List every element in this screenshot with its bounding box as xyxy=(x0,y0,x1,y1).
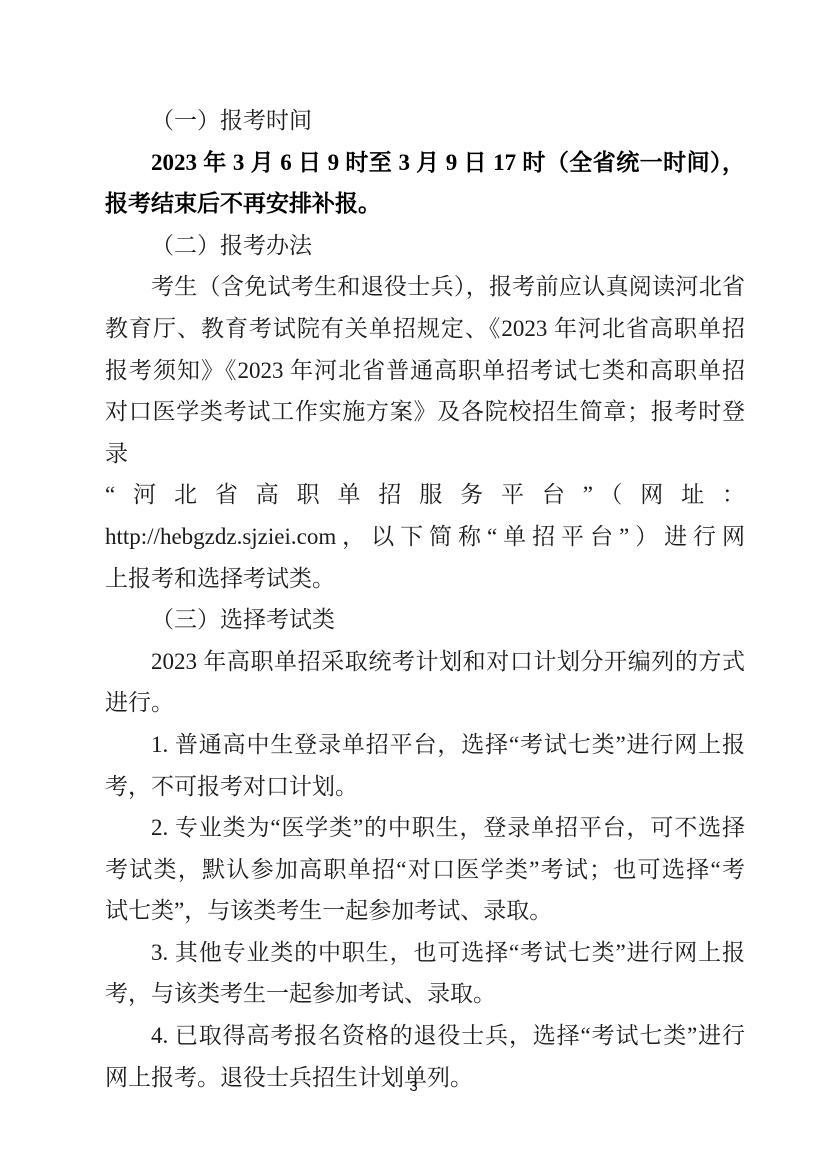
paragraph: （二）报考办法 xyxy=(105,225,745,267)
text-line: 试七类”，与该类考生一起参加考试、录取。 xyxy=(105,890,745,932)
text-line: 2023 年 3 月 6 日 9 时至 3 月 9 日 17 时（全省统一时间）… xyxy=(105,142,745,184)
text-line: 4. 已取得高考报名资格的退役士兵，选择“考试七类”进行 xyxy=(105,1015,745,1057)
paragraph: 2. 专业类为“医学类”的中职生，登录单招平台，可不选择考试类，默认参加高职单招… xyxy=(105,807,745,932)
paragraph: 1. 普通高中生登录单招平台，选择“考试七类”进行网上报考，不可报考对口计划。 xyxy=(105,724,745,807)
text-line: 报考须知》《2023 年河北省普通高职单招考试七类和高职单招 xyxy=(105,350,745,392)
text-line: “河北省高职单招服务平台”（网址： xyxy=(105,474,745,516)
text-line: （二）报考办法 xyxy=(105,225,745,267)
text-line: 报考结束后不再安排补报。 xyxy=(105,183,745,225)
paragraph: 2023 年高职单招采取统考计划和对口计划分开编列的方式进行。 xyxy=(105,641,745,724)
paragraph: （三）选择考试类 xyxy=(105,599,745,641)
paragraph: （一）报考时间 xyxy=(105,100,745,142)
text-line: 考，不可报考对口计划。 xyxy=(105,766,745,808)
text-line: 教育厅、教育考试院有关单招规定、《2023 年河北省高职单招 xyxy=(105,308,745,350)
text-line: 2. 专业类为“医学类”的中职生，登录单招平台，可不选择 xyxy=(105,807,745,849)
text-line: 进行。 xyxy=(105,682,745,724)
page-number: 3 xyxy=(0,1078,827,1095)
text-line: 考，与该类考生一起参加考试、录取。 xyxy=(105,973,745,1015)
text-line: 1. 普通高中生登录单招平台，选择“考试七类”进行网上报 xyxy=(105,724,745,766)
text-line: 对口医学类考试工作实施方案》及各院校招生简章；报考时登录 xyxy=(105,391,745,474)
text-line: 考试类，默认参加高职单招“对口医学类”考试；也可选择“考 xyxy=(105,849,745,891)
document-body: （一）报考时间2023 年 3 月 6 日 9 时至 3 月 9 日 17 时（… xyxy=(105,100,745,1098)
paragraph: 考生（含免试考生和退役士兵），报考前应认真阅读河北省教育厅、教育考试院有关单招规… xyxy=(105,266,745,599)
paragraph: 2023 年 3 月 6 日 9 时至 3 月 9 日 17 时（全省统一时间）… xyxy=(105,142,745,225)
text-line: 上报考和选择考试类。 xyxy=(105,558,745,600)
text-line: （一）报考时间 xyxy=(105,100,745,142)
text-line: （三）选择考试类 xyxy=(105,599,745,641)
text-line: 3. 其他专业类的中职生，也可选择“考试七类”进行网上报 xyxy=(105,932,745,974)
document-page: （一）报考时间2023 年 3 月 6 日 9 时至 3 月 9 日 17 时（… xyxy=(0,0,827,1170)
text-line: 考生（含免试考生和退役士兵），报考前应认真阅读河北省 xyxy=(105,266,745,308)
text-line: 2023 年高职单招采取统考计划和对口计划分开编列的方式 xyxy=(105,641,745,683)
text-line: http://hebgzdz.sjziei.com，以下简称“单招平台”）进行网 xyxy=(105,516,745,558)
paragraph: 3. 其他专业类的中职生，也可选择“考试七类”进行网上报考，与该类考生一起参加考… xyxy=(105,932,745,1015)
